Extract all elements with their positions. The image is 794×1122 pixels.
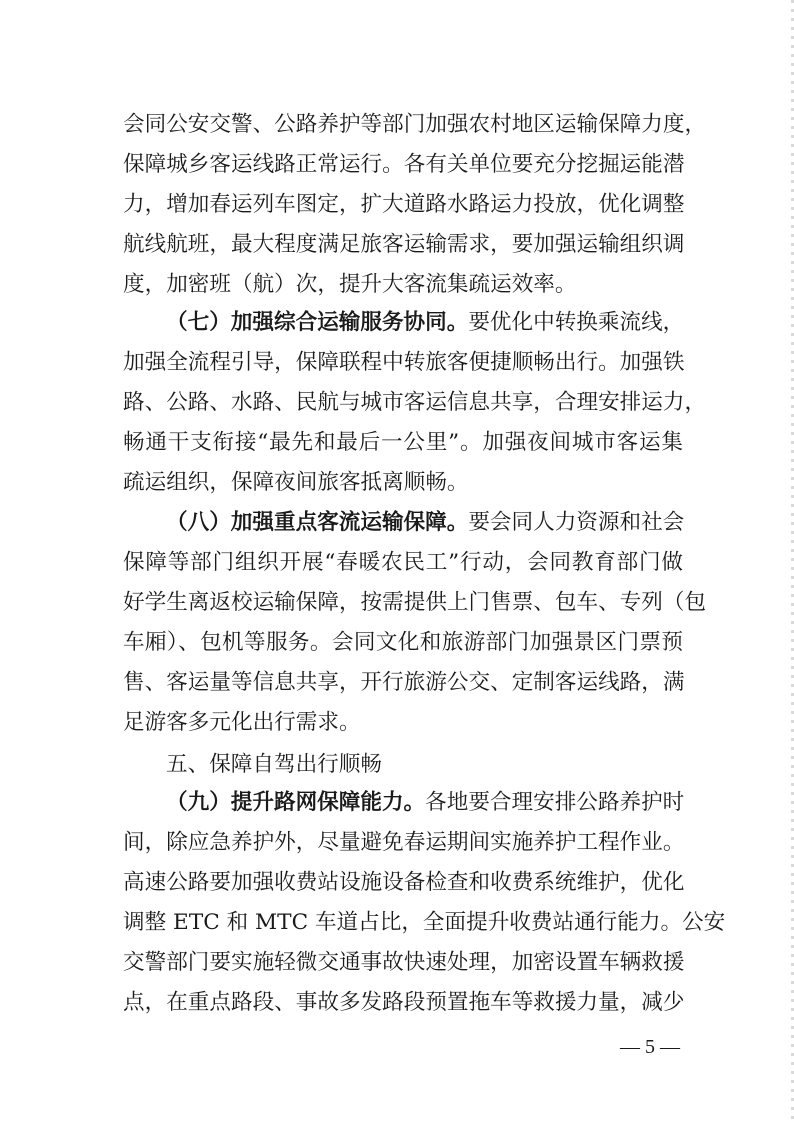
- paragraph-first-text: 要会同人力资源和社会: [468, 510, 684, 535]
- text-line: 疏运组织，保障夜间旅客抵离顺畅。: [123, 468, 683, 498]
- text-line: 点，在重点路段、事故多发路段预置拖车等救援力量，减少: [123, 988, 683, 1018]
- text-line: 路、公路、水路、民航与城市客运信息共享，合理安排运力，: [123, 388, 683, 418]
- paragraph-first-line: （九）提升路网保障能力。各地要合理安排公路养护时: [166, 788, 683, 818]
- text-line: 保障等部门组织开展“春暖农民工”行动，会同教育部门做: [123, 548, 683, 578]
- text-line: 高速公路要加强收费站设施设备检查和收费系统维护，优化: [123, 868, 683, 898]
- document-page: 会同公安交警、公路养护等部门加强农村地区运输保障力度， 保障城乡客运线路正常运行…: [0, 0, 794, 1122]
- text-line: 会同公安交警、公路养护等部门加强农村地区运输保障力度，: [123, 110, 683, 140]
- text-line: 车厢）、包机等服务。会同文化和旅游部门加强景区门票预: [123, 628, 683, 658]
- text-line: 足游客多元化出行需求。: [123, 708, 683, 738]
- text-line: 加强全流程引导，保障联程中转旅客便捷顺畅出行。加强铁: [123, 348, 683, 378]
- text-line: 航线航班，最大程度满足旅客运输需求，要加强运输组织调: [123, 230, 683, 260]
- paragraph-first-text: 各地要合理安排公路养护时: [425, 790, 684, 815]
- text-line: 保障城乡客运线路正常运行。各有关单位要充分挖掘运能潜: [123, 150, 683, 180]
- paragraph-lead-heading: （九）提升路网保障能力。: [166, 790, 425, 815]
- page-number: — 5 —: [620, 1034, 680, 1060]
- paragraph-first-text: 要优化中转换乘流线，: [468, 310, 684, 335]
- paragraph-lead-heading: （八）加强重点客流运输保障。: [166, 510, 468, 535]
- text-line: 调整 ETC 和 MTC 车道占比，全面提升收费站通行能力。公安: [123, 908, 683, 938]
- section-heading: 五、保障自驾出行顺畅: [166, 750, 382, 780]
- text-line: 好学生离返校运输保障，按需提供上门售票、包车、专列（包: [123, 588, 683, 618]
- text-line: 力，增加春运列车图定，扩大道路水路运力投放，优化调整: [123, 190, 683, 220]
- paragraph-first-line: （七）加强综合运输服务协同。要优化中转换乘流线，: [166, 308, 683, 338]
- text-line: 间，除应急养护外，尽量避免春运期间实施养护工程作业。: [123, 828, 683, 858]
- text-line: 畅通干支衔接“最先和最后一公里”。加强夜间城市客运集: [123, 428, 683, 458]
- text-line: 售、客运量等信息共享，开行旅游公交、定制客运线路，满: [123, 668, 683, 698]
- text-line: 度，加密班（航）次，提升大客流集疏运效率。: [123, 270, 683, 300]
- text-line: 交警部门要实施轻微交通事故快速处理，加密设置车辆救援: [123, 948, 683, 978]
- paragraph-first-line: （八）加强重点客流运输保障。要会同人力资源和社会: [166, 508, 683, 538]
- paragraph-lead-heading: （七）加强综合运输服务协同。: [166, 310, 468, 335]
